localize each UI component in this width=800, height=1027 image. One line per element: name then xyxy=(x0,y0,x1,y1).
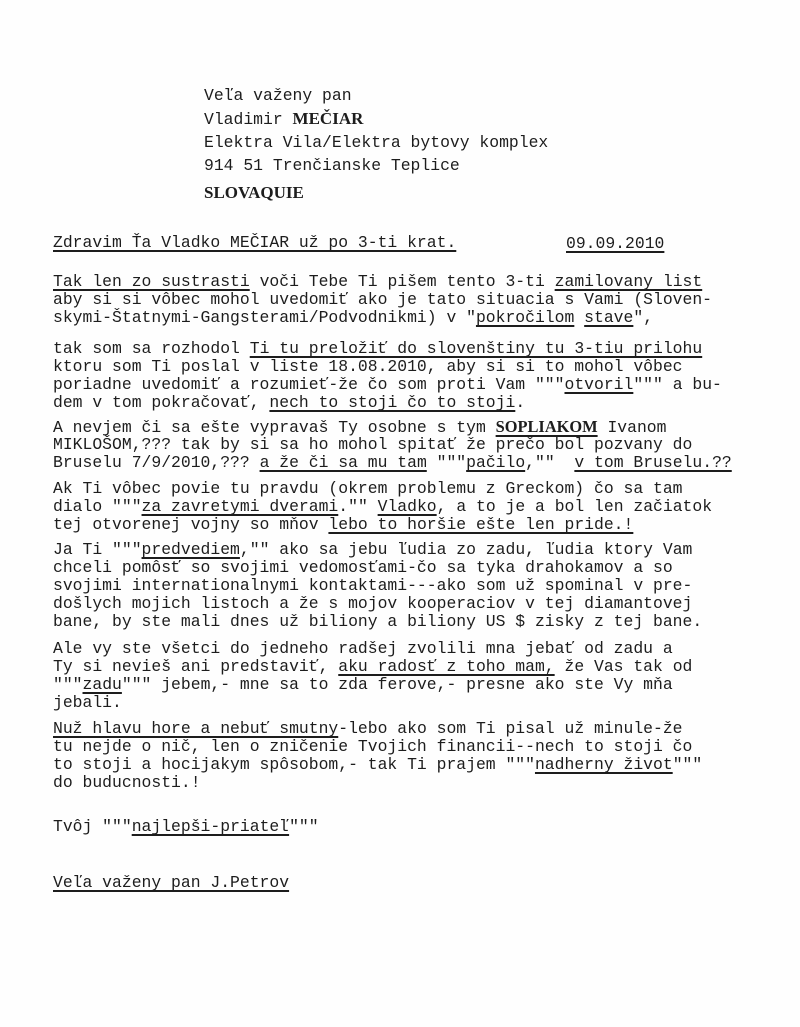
underlined-text: SOPLIAKOM xyxy=(496,417,598,436)
underlined-text: pačilo xyxy=(466,453,525,472)
body-line: do buducnosti.! xyxy=(53,774,201,792)
body-line: poriadne uvedomiť a rozumieť-že čo som p… xyxy=(53,376,722,394)
body-line: tu nejde o nič, len o zničenie Tvojich f… xyxy=(53,738,692,756)
text-segment: tej otvorenej vojny so mňov xyxy=(53,515,328,534)
body-line: aby si si vôbec mohol uvedomiť ako je ta… xyxy=(53,291,712,309)
underlined-text: Nuž hlavu hore a nebuť smutny xyxy=(53,719,338,738)
closing-friend: najlepši-priateľ xyxy=(132,817,289,836)
body-line: tak som sa rozhodol Ti tu preložiť do sl… xyxy=(53,340,702,358)
address-street: Elektra Vila/Elektra bytovy komplex xyxy=(204,131,548,154)
greeting-heading: Zdravim Ťa Vladko MEČIAR už po 3-ti krat… xyxy=(53,234,456,252)
address-name: Vladimir MEČIAR xyxy=(204,107,548,131)
text-segment: """ xyxy=(427,453,466,472)
text-segment: Ak Ti vôbec povie tu pravdu (okrem probl… xyxy=(53,479,683,498)
address-last-name: MEČIAR xyxy=(293,109,364,128)
text-segment: tak som sa rozhodol xyxy=(53,339,250,358)
text-segment: do buducnosti.! xyxy=(53,773,201,792)
text-segment: """ xyxy=(673,755,703,774)
underlined-text: zamilovany list xyxy=(555,272,703,291)
underlined-text: predvediem xyxy=(142,540,240,559)
underlined-text: Tak len zo sustrasti xyxy=(53,272,250,291)
address-city: 914 51 Trenčianske Teplice xyxy=(204,154,548,177)
text-segment: došlych mojich listoch a že s mojov koop… xyxy=(53,594,692,613)
body-line: chceli pomôsť so svojimi vedomosťami-čo … xyxy=(53,559,673,577)
underlined-text: nadherny život xyxy=(535,755,673,774)
text-segment: jebali. xyxy=(53,693,122,712)
body-line: Ale vy ste všetci do jedneho radšej zvol… xyxy=(53,640,673,658)
date-text: 09.09.2010 xyxy=(566,234,664,253)
underlined-text: nech to stoji čo to stoji xyxy=(269,393,515,412)
body-line: Bruselu 7/9/2010,??? a že či sa mu tam "… xyxy=(53,454,732,472)
body-line: dialo """za zavretymi dverami."" Vladko,… xyxy=(53,498,712,516)
recipient-address: Veľa važeny pan Vladimir MEČIAR Elektra … xyxy=(204,84,548,204)
underlined-text: zadu xyxy=(83,675,122,694)
text-segment: """ jebem,- mne sa to zda ferove,- presn… xyxy=(122,675,673,694)
text-segment: aby si si vôbec mohol uvedomiť ako je ta… xyxy=(53,290,712,309)
address-first-name: Vladimir xyxy=(204,110,283,129)
text-segment: Bruselu 7/9/2010,??? xyxy=(53,453,260,472)
body-line: tej otvorenej vojny so mňov lebo to horš… xyxy=(53,516,633,534)
underlined-text: Ti tu preložiť do slovenštiny tu 3-tiu p… xyxy=(250,339,702,358)
text-segment xyxy=(574,308,584,327)
letter-page: Veľa važeny pan Vladimir MEČIAR Elektra … xyxy=(0,0,800,1027)
text-segment: ktoru som Ti poslal v liste 18.08.2010, … xyxy=(53,357,683,376)
text-segment: ", xyxy=(633,308,653,327)
underlined-text: otvoril xyxy=(564,375,633,394)
underlined-text: a že či sa mu tam xyxy=(260,453,427,472)
text-segment: bane, by ste mali dnes už biliony a bili… xyxy=(53,612,702,631)
greeting-text: Zdravim Ťa Vladko MEČIAR už po 3-ti krat… xyxy=(53,233,456,252)
text-segment: """ a bu- xyxy=(633,375,722,394)
text-segment: Ja Ti """ xyxy=(53,540,142,559)
text-segment: chceli pomôsť so svojimi vedomosťami-čo … xyxy=(53,558,673,577)
body-line: to stoji a hocijakym spôsobom,- tak Ti p… xyxy=(53,756,702,774)
underlined-text: v tom Bruselu.?? xyxy=(574,453,731,472)
address-country: SLOVAQUIE xyxy=(204,181,548,204)
body-line: """zadu""" jebem,- mne sa to zda ferove,… xyxy=(53,676,673,694)
signature-text: Veľa važeny pan J.Petrov xyxy=(53,873,289,892)
body-line: jebali. xyxy=(53,694,122,712)
text-segment: že Vas tak od xyxy=(555,657,693,676)
body-line: bane, by ste mali dnes už biliony a bili… xyxy=(53,613,702,631)
body-line: Ty si nevieš ani predstaviť, aku radosť … xyxy=(53,658,692,676)
body-line: MIKLOŠOM,??? tak by si sa ho mohol spita… xyxy=(53,436,692,454)
address-salutation: Veľa važeny pan xyxy=(204,84,548,107)
closing-line: Tvôj """najlepši-priateľ""" xyxy=(53,818,319,836)
underlined-text: Vladko xyxy=(378,497,437,516)
closing-suffix: """ xyxy=(289,817,319,836)
body-line: skymi-Štatnymi-Gangsterami/Podvodnikmi) … xyxy=(53,309,653,327)
signature: Veľa važeny pan J.Petrov xyxy=(53,874,289,892)
body-line: dem v tom pokračovať, nech to stoji čo t… xyxy=(53,394,525,412)
body-line: Ak Ti vôbec povie tu pravdu (okrem probl… xyxy=(53,480,683,498)
body-line: Ja Ti """predvediem,"" ako sa jebu ľudia… xyxy=(53,541,692,559)
text-segment: ,"" ako sa jebu ľudia zo zadu, ľudia kto… xyxy=(240,540,692,559)
text-segment: voči Tebe Ti pišem tento 3-ti xyxy=(250,272,555,291)
text-segment: ,"" xyxy=(525,453,574,472)
underlined-text: lebo to horšie ešte len pride.! xyxy=(328,515,633,534)
text-segment: ."" xyxy=(338,497,377,516)
body-line: došlych mojich listoch a že s mojov koop… xyxy=(53,595,692,613)
text-segment: MIKLOŠOM,??? tak by si sa ho mohol spita… xyxy=(53,435,692,454)
underlined-text: pokročilom xyxy=(476,308,574,327)
text-segment: -lebo ako som Ti pisal už minule-že xyxy=(338,719,682,738)
underlined-text: stave xyxy=(584,308,633,327)
text-segment: dialo """ xyxy=(53,497,142,516)
text-segment: poriadne uvedomiť a rozumieť-že čo som p… xyxy=(53,375,564,394)
text-segment: svojimi internationalnymi kontaktami---a… xyxy=(53,576,692,595)
text-segment: , a to je a bol len začiatok xyxy=(437,497,712,516)
text-segment: skymi-Štatnymi-Gangsterami/Podvodnikmi) … xyxy=(53,308,476,327)
underlined-text: aku radosť z toho mam, xyxy=(338,657,554,676)
text-segment: dem v tom pokračovať, xyxy=(53,393,269,412)
text-segment: to stoji a hocijakym spôsobom,- tak Ti p… xyxy=(53,755,535,774)
body-line: ktoru som Ti poslal v liste 18.08.2010, … xyxy=(53,358,683,376)
text-segment: tu nejde o nič, len o zničenie Tvojich f… xyxy=(53,737,692,756)
text-segment: Ale vy ste všetci do jedneho radšej zvol… xyxy=(53,639,673,658)
text-segment: """ xyxy=(53,675,83,694)
text-segment: Ty si nevieš ani predstaviť, xyxy=(53,657,338,676)
body-line: Nuž hlavu hore a nebuť smutny-lebo ako s… xyxy=(53,720,683,738)
text-segment: . xyxy=(515,393,525,412)
closing-prefix: Tvôj """ xyxy=(53,817,132,836)
body-line: svojimi internationalnymi kontaktami---a… xyxy=(53,577,692,595)
underlined-text: za zavretymi dverami xyxy=(142,497,339,516)
body-line: Tak len zo sustrasti voči Tebe Ti pišem … xyxy=(53,273,702,291)
letter-date: 09.09.2010 xyxy=(566,234,664,253)
